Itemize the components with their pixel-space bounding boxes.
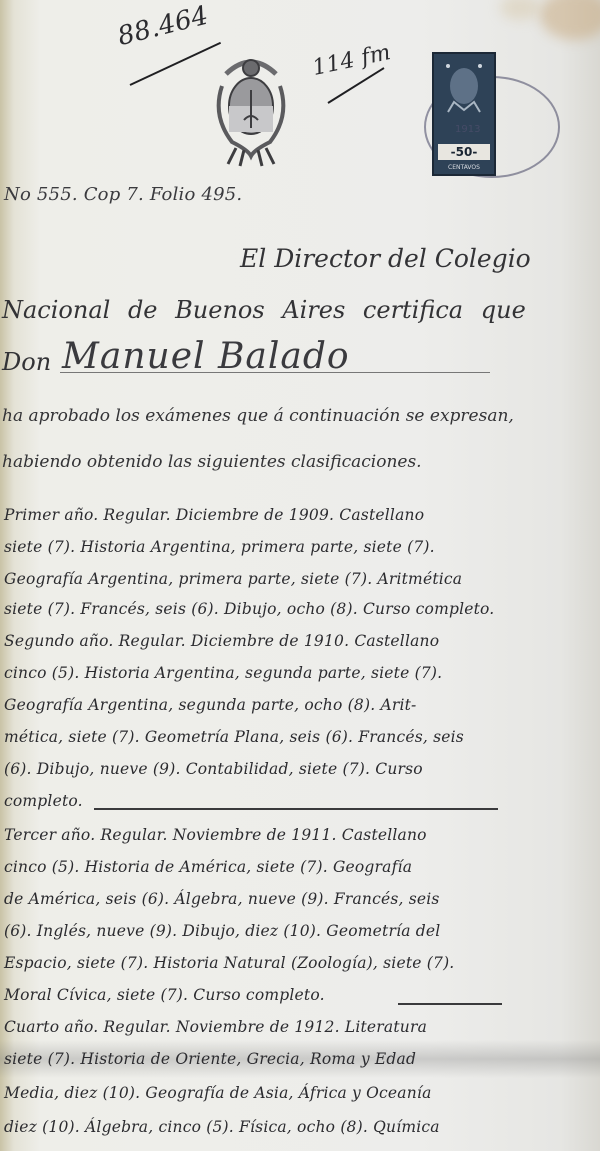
header-don: Don (2, 348, 51, 376)
cancellation-year: 1913 (455, 124, 480, 135)
body-line: completo. (4, 792, 83, 810)
intro-line-2: habiendo obtenido las siguientes clasifi… (2, 452, 422, 472)
file-number-annotation: 88.464 (115, 1, 212, 52)
body-line: siete (7). Francés, seis (6). Dibujo, oc… (4, 600, 494, 618)
intro-line-1: ha aprobado los exámenes que á continuac… (2, 406, 514, 426)
body-line: Geografía Argentina, segunda parte, ocho… (4, 696, 417, 714)
stamp-value: -50- (438, 144, 490, 160)
margin-annotation: 114 fm (310, 40, 393, 81)
name-rule (60, 372, 490, 373)
body-line: Moral Cívica, siete (7). Curso completo. (4, 986, 325, 1004)
section-rule (94, 808, 498, 810)
body-line: Segundo año. Regular. Diciembre de 1910.… (4, 632, 439, 650)
student-name: Manuel Balado (62, 336, 350, 377)
header-line-1: El Director del Colegio (240, 244, 531, 273)
body-line: Primer año. Regular. Diciembre de 1909. … (4, 506, 424, 524)
certificate-page: 88.464 114 fm -50- CENTAVOS 1913 No 555.… (0, 0, 600, 1151)
body-line: siete (7). Historia de Oriente, Grecia, … (4, 1050, 416, 1068)
body-line: Geografía Argentina, primera parte, siet… (4, 570, 462, 588)
body-line: diez (10). Álgebra, cinco (5). Física, o… (4, 1118, 440, 1136)
coat-of-arms-icon (208, 46, 294, 170)
body-line: cinco (5). Historia de América, siete (7… (4, 858, 412, 876)
paper-stain (500, 0, 540, 20)
stamp-portrait-icon (444, 62, 484, 120)
body-line: (6). Inglés, nueve (9). Dibujo, diez (10… (4, 922, 440, 940)
body-line: Cuarto año. Regular. Noviembre de 1912. … (4, 1018, 427, 1036)
section-rule (398, 1003, 502, 1005)
body-line: cinco (5). Historia Argentina, segunda p… (4, 664, 442, 682)
revenue-stamp: -50- CENTAVOS (432, 52, 496, 176)
body-line: Espacio, siete (7). Historia Natural (Zo… (4, 954, 454, 972)
body-line: de América, seis (6). Álgebra, nueve (9)… (4, 890, 440, 908)
body-line: siete (7). Historia Argentina, primera p… (4, 538, 435, 556)
stamp-caption: CENTAVOS (436, 164, 492, 171)
registry-line: No 555. Cop 7. Folio 495. (4, 184, 242, 205)
paper-stain (540, 0, 600, 40)
body-line: mética, siete (7). Geometría Plana, seis… (4, 728, 464, 746)
body-line: Tercer año. Regular. Noviembre de 1911. … (4, 826, 427, 844)
body-line: (6). Dibujo, nueve (9). Contabilidad, si… (4, 760, 423, 778)
body-line: Media, diez (10). Geografía de Asia, Áfr… (4, 1084, 432, 1102)
header-line-2: Nacional de Buenos Aires certifica que (2, 296, 526, 324)
